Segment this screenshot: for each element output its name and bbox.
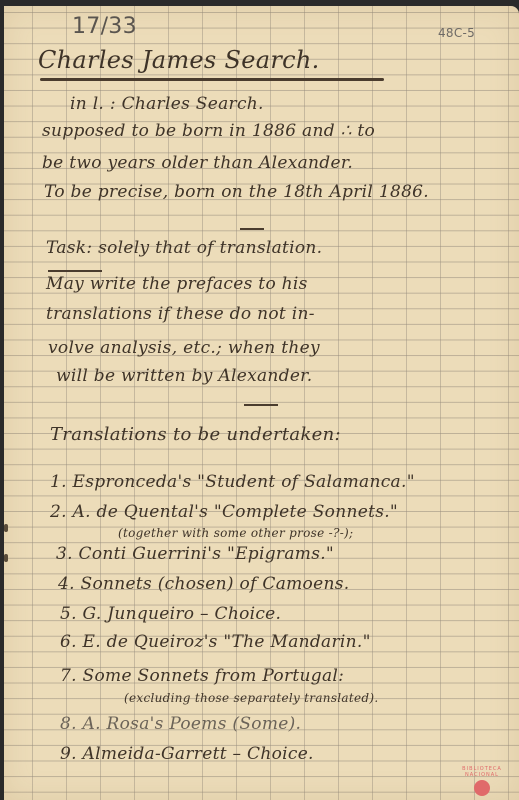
separator <box>244 404 278 406</box>
stamp-seal-icon <box>474 780 490 796</box>
binding-hole <box>4 524 8 532</box>
item-note: (excluding those separately translated). <box>124 691 378 705</box>
translation-item: 1. Espronceda's "Student of Salamanca." <box>50 472 415 492</box>
translation-item: 8. A. Rosa's Poems (Some). <box>60 714 301 734</box>
item-text: Almeida-Garrett – Choice. <box>83 744 314 764</box>
bio-line: To be precise, born on the 18th April 18… <box>44 182 429 202</box>
alias-line: in l. : Charles Search. <box>70 94 264 114</box>
item-number: 3. <box>56 544 73 564</box>
item-number: 7. <box>60 666 77 686</box>
item-text: Sonnets (chosen) of Camoens. <box>81 574 350 594</box>
bio-line: supposed to be born in 1886 and ∴ to <box>42 121 375 141</box>
translation-item: 4. Sonnets (chosen) of Camoens. <box>58 574 349 594</box>
item-note: (together with some other prose -?-); <box>118 526 353 540</box>
stamp-text: BIBLIOTECA NACIONAL <box>454 766 510 778</box>
item-number: 5. <box>60 604 77 624</box>
title-underline <box>40 78 384 81</box>
task-line: translations if these do not in- <box>46 304 315 324</box>
library-stamp: BIBLIOTECA NACIONAL <box>454 766 510 800</box>
item-text: A. de Quental's "Complete Sonnets." <box>73 502 399 522</box>
item-number: 4. <box>58 574 75 594</box>
task-line: will be written by Alexander. <box>56 366 312 386</box>
manuscript-page: 17/33 48C-5 Charles James Search. in l. … <box>4 6 519 800</box>
item-number: 2. <box>50 502 67 522</box>
item-text: Some Sonnets from Portugal: <box>83 666 345 686</box>
list-heading: Translations to be undertaken: <box>50 424 341 445</box>
document-title: Charles James Search. <box>38 46 320 74</box>
item-text: A. Rosa's Poems (Some). <box>83 714 302 734</box>
translation-item: 9. Almeida-Garrett – Choice. <box>60 744 314 764</box>
item-text: G. Junqueiro – Choice. <box>83 604 282 624</box>
bio-line: be two years older than Alexander. <box>42 153 353 173</box>
item-number: 1. <box>50 472 67 492</box>
translation-item: 2. A. de Quental's "Complete Sonnets." <box>50 502 398 522</box>
item-text: Espronceda's "Student of Salamanca." <box>73 472 415 492</box>
translation-item: 6. E. de Queiroz's "The Mandarin." <box>60 632 371 652</box>
translation-item: 3. Conti Guerrini's "Epigrams." <box>56 544 334 564</box>
task-underline <box>48 270 102 272</box>
task-line: May write the prefaces to his <box>46 274 308 294</box>
task-line: Task: solely that of translation. <box>46 238 322 258</box>
translation-item: 7. Some Sonnets from Portugal: <box>60 666 344 686</box>
translation-item: 5. G. Junqueiro – Choice. <box>60 604 281 624</box>
item-number: 8. <box>60 714 77 734</box>
item-text: E. de Queiroz's "The Mandarin." <box>83 632 371 652</box>
item-number: 6. <box>60 632 77 652</box>
binding-hole <box>4 554 8 562</box>
item-text: Conti Guerrini's "Epigrams." <box>79 544 335 564</box>
task-line: volve analysis, etc.; when they <box>48 338 320 358</box>
item-number: 9. <box>60 744 77 764</box>
separator <box>240 228 264 230</box>
folio-number: 17/33 <box>72 14 137 39</box>
catalog-reference: 48C-5 <box>438 26 475 40</box>
